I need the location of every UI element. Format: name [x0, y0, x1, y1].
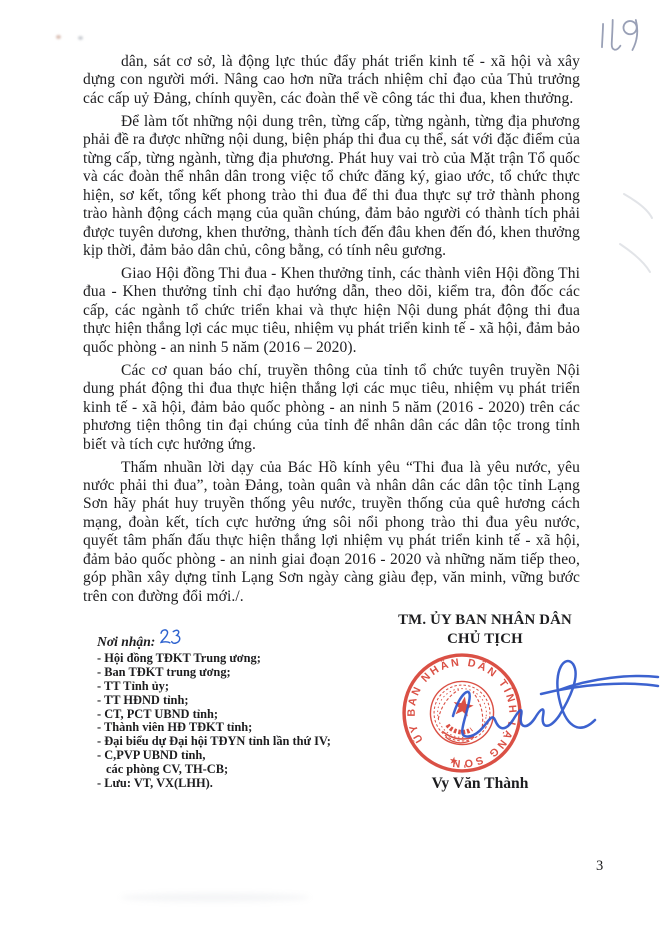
- signer-title: CHỦ TỊCH: [368, 631, 602, 648]
- paragraph: dân, sát cơ sở, là động lực thúc đẩy phá…: [83, 53, 580, 108]
- recipient-item: - Đại biểu dự Đại hội TĐYN tỉnh lần thứ …: [97, 735, 367, 749]
- pencil-mark: [618, 192, 654, 282]
- signature-loop: [557, 661, 595, 728]
- recipient-item: - CT, PCT UBND tỉnh;: [97, 708, 367, 722]
- paragraph: Các cơ quan báo chí, truyền thông của tỉ…: [83, 362, 580, 454]
- recipient-item: - Hội đồng TĐKT Trung ương;: [97, 652, 367, 666]
- recipient-item: - TT HĐND tỉnh;: [97, 694, 367, 708]
- signature-letters: [453, 692, 559, 737]
- recipient-item: - Thành viên HĐ TĐKT tỉnh;: [97, 721, 367, 735]
- recipient-item: - Lưu: VT, VX(LHH).: [97, 777, 367, 791]
- digit-stroke: [161, 630, 170, 643]
- signing-authority: TM. ỦY BAN NHÂN DÂN: [368, 612, 602, 629]
- recipient-item: - Ban TĐKT trung ương;: [97, 666, 367, 680]
- recipient-item-continuation: các phòng CV, TH-CB;: [97, 763, 367, 777]
- digit-stroke: [600, 24, 606, 47]
- digit-stroke: [609, 19, 621, 50]
- recipients-label: Nơi nhận:: [97, 635, 155, 649]
- document-body: dân, sát cơ sở, là động lực thúc đẩy phá…: [83, 53, 580, 611]
- scan-artifact: [78, 36, 83, 40]
- scan-artifact: [56, 35, 61, 39]
- handwritten-corner-number: [591, 5, 654, 59]
- recipient-item: - TT Tỉnh ủy;: [97, 680, 367, 694]
- paragraph: Giao Hội đồng Thi đua - Khen thưởng tỉnh…: [83, 265, 580, 357]
- recipients-block: Nơi nhận: - Hội đồng TĐKT Trung ương; - …: [97, 624, 367, 791]
- digit-stroke: [623, 20, 638, 35]
- digit-stroke: [172, 630, 180, 643]
- paragraph: Thấm nhuần lời dạy của Bác Hồ kính yêu “…: [83, 459, 580, 607]
- recipients-header: Nơi nhận:: [97, 624, 367, 652]
- signer-name: Vy Văn Thành: [368, 775, 592, 793]
- scan-artifact: [120, 893, 310, 902]
- recipient-item: - C,PVP UBND tỉnh,: [97, 749, 367, 763]
- paragraph: Để làm tốt những nội dung trên, từng cấp…: [83, 113, 580, 261]
- page-number: 3: [596, 858, 603, 875]
- scanned-document-page: dân, sát cơ sở, là động lực thúc đẩy phá…: [0, 0, 660, 931]
- handwritten-signature: [441, 650, 660, 768]
- handwritten-count-annotation: [158, 624, 184, 650]
